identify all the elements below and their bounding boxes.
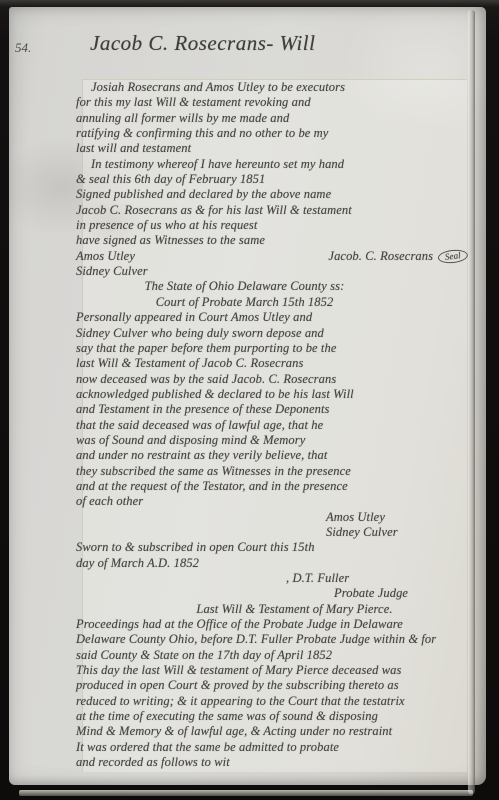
handwritten-line: Court of Probate March 15th 1852 bbox=[76, 295, 468, 310]
handwritten-line: Sworn to & subscribed in open Court this… bbox=[76, 540, 468, 555]
handwritten-line: last will and testament bbox=[76, 141, 468, 156]
witness-signature: Amos Utley bbox=[76, 249, 135, 264]
handwritten-line: was of Sound and disposing mind & Memory bbox=[76, 433, 468, 448]
handwritten-line: Last Will & Testament of Mary Pierce. bbox=[76, 602, 468, 617]
handwritten-line: of each other bbox=[76, 494, 468, 509]
photographed-record-book-page: 54. Jacob C. Rosecrans- Will Josiah Rose… bbox=[0, 0, 499, 800]
handwritten-line: last Will & Testament of Jacob C. Rosecr… bbox=[76, 356, 468, 371]
page-edge-right bbox=[468, 10, 475, 794]
handwritten-line: Sidney Culver who being duly sworn depos… bbox=[76, 326, 468, 341]
handwritten-line: have signed as Witnesses to the same bbox=[76, 233, 468, 248]
handwritten-line: & seal this 6th day of February 1851 bbox=[76, 172, 468, 187]
handwritten-line: It was ordered that the same be admitted… bbox=[76, 740, 468, 755]
handwritten-line: Amos Utley bbox=[76, 510, 468, 525]
handwritten-line: Signed published and declared by the abo… bbox=[76, 187, 468, 202]
handwritten-line: Mind & Memory & of lawful age, & Acting … bbox=[76, 724, 468, 739]
handwritten-line: Sidney Culver bbox=[76, 264, 468, 279]
handwritten-line: and at the request of the Testator, and … bbox=[76, 479, 468, 494]
handwritten-line: ratifying & confirming this and no other… bbox=[76, 126, 468, 141]
handwritten-line: at the time of executing the same was of… bbox=[76, 709, 468, 724]
page-number: 54. bbox=[15, 40, 31, 56]
handwritten-line: acknowledged published & declared to be … bbox=[76, 387, 468, 402]
handwritten-line: they subscribed the same as Witnesses in… bbox=[76, 464, 468, 479]
handwritten-line: Delaware County Ohio, before D.T. Fuller… bbox=[76, 632, 468, 647]
handwritten-line: and Testament in the presence of these D… bbox=[76, 402, 468, 417]
seal-mark: Seal bbox=[437, 248, 468, 264]
handwritten-line-signature-row: Amos UtleyJacob. C. RosecransSeal bbox=[76, 249, 468, 264]
handwritten-line: day of March A.D. 1852 bbox=[76, 556, 468, 571]
handwritten-line: annuling all former wills by me made and bbox=[76, 111, 468, 126]
handwritten-line: Josiah Rosecrans and Amos Utley to be ex… bbox=[76, 80, 468, 95]
page-edge-bottom bbox=[19, 790, 473, 796]
testator-signature: Jacob. C. RosecransSeal bbox=[328, 249, 468, 264]
handwritten-line: for this my last Will & testament revoki… bbox=[76, 95, 468, 110]
handwritten-line: produced in open Court & proved by the s… bbox=[76, 678, 468, 693]
handwritten-line: in presence of us who at his request bbox=[76, 218, 468, 233]
handwritten-line: and recorded as follows to wit bbox=[76, 755, 468, 770]
handwritten-line: Proceedings had at the Office of the Pro… bbox=[76, 617, 468, 632]
handwritten-line: said County & State on the 17th day of A… bbox=[76, 648, 468, 663]
handwritten-line: , D.T. Fuller bbox=[76, 571, 468, 586]
handwritten-line: and under no restraint as they verily be… bbox=[76, 448, 468, 463]
handwritten-line: The State of Ohio Delaware County ss: bbox=[76, 279, 468, 294]
handwritten-line: In testimony whereof I have hereunto set… bbox=[76, 157, 468, 172]
handwritten-line: say that the paper before them purportin… bbox=[76, 341, 468, 356]
handwritten-line: Personally appeared in Court Amos Utley … bbox=[76, 310, 468, 325]
handwritten-line: reduced to writing; & it appearing to th… bbox=[76, 694, 468, 709]
handwritten-line: now deceased was by the said Jacob. C. R… bbox=[76, 372, 468, 387]
handwritten-line: This day the last Will & testament of Ma… bbox=[76, 663, 468, 678]
document-body: Josiah Rosecrans and Amos Utley to be ex… bbox=[76, 80, 468, 770]
page-title: Jacob C. Rosecrans- Will bbox=[90, 30, 315, 56]
handwritten-line: Probate Judge bbox=[76, 586, 468, 601]
handwritten-line: Sidney Culver bbox=[76, 525, 468, 540]
handwritten-line: that the said deceased was of lawful age… bbox=[76, 418, 468, 433]
handwritten-line: Jacob C. Rosecrans as & for his last Wil… bbox=[76, 203, 468, 218]
